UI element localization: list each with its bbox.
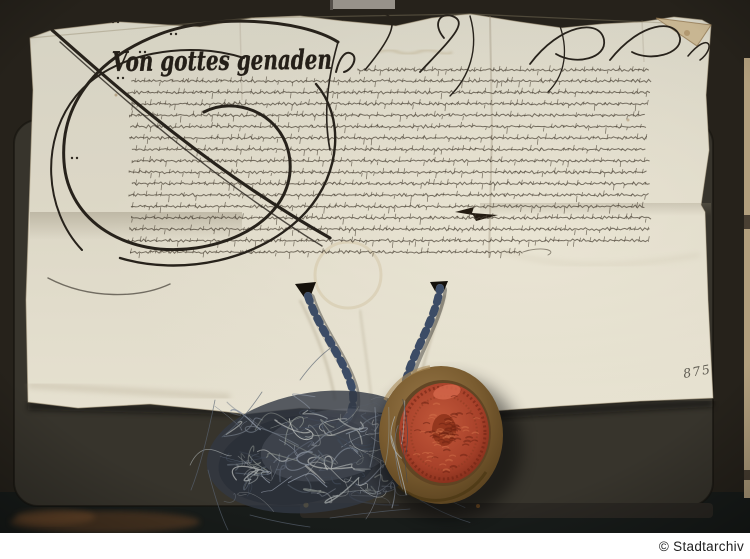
credit-text: © Stadtarchiv bbox=[659, 539, 744, 554]
archival-photo-page: Von gottes genaden 875 © bbox=[0, 0, 750, 559]
charter-photograph: Von gottes genaden 875 bbox=[0, 0, 750, 533]
credit-bar: © Stadtarchiv bbox=[0, 533, 750, 559]
photo-vignette bbox=[0, 0, 750, 533]
